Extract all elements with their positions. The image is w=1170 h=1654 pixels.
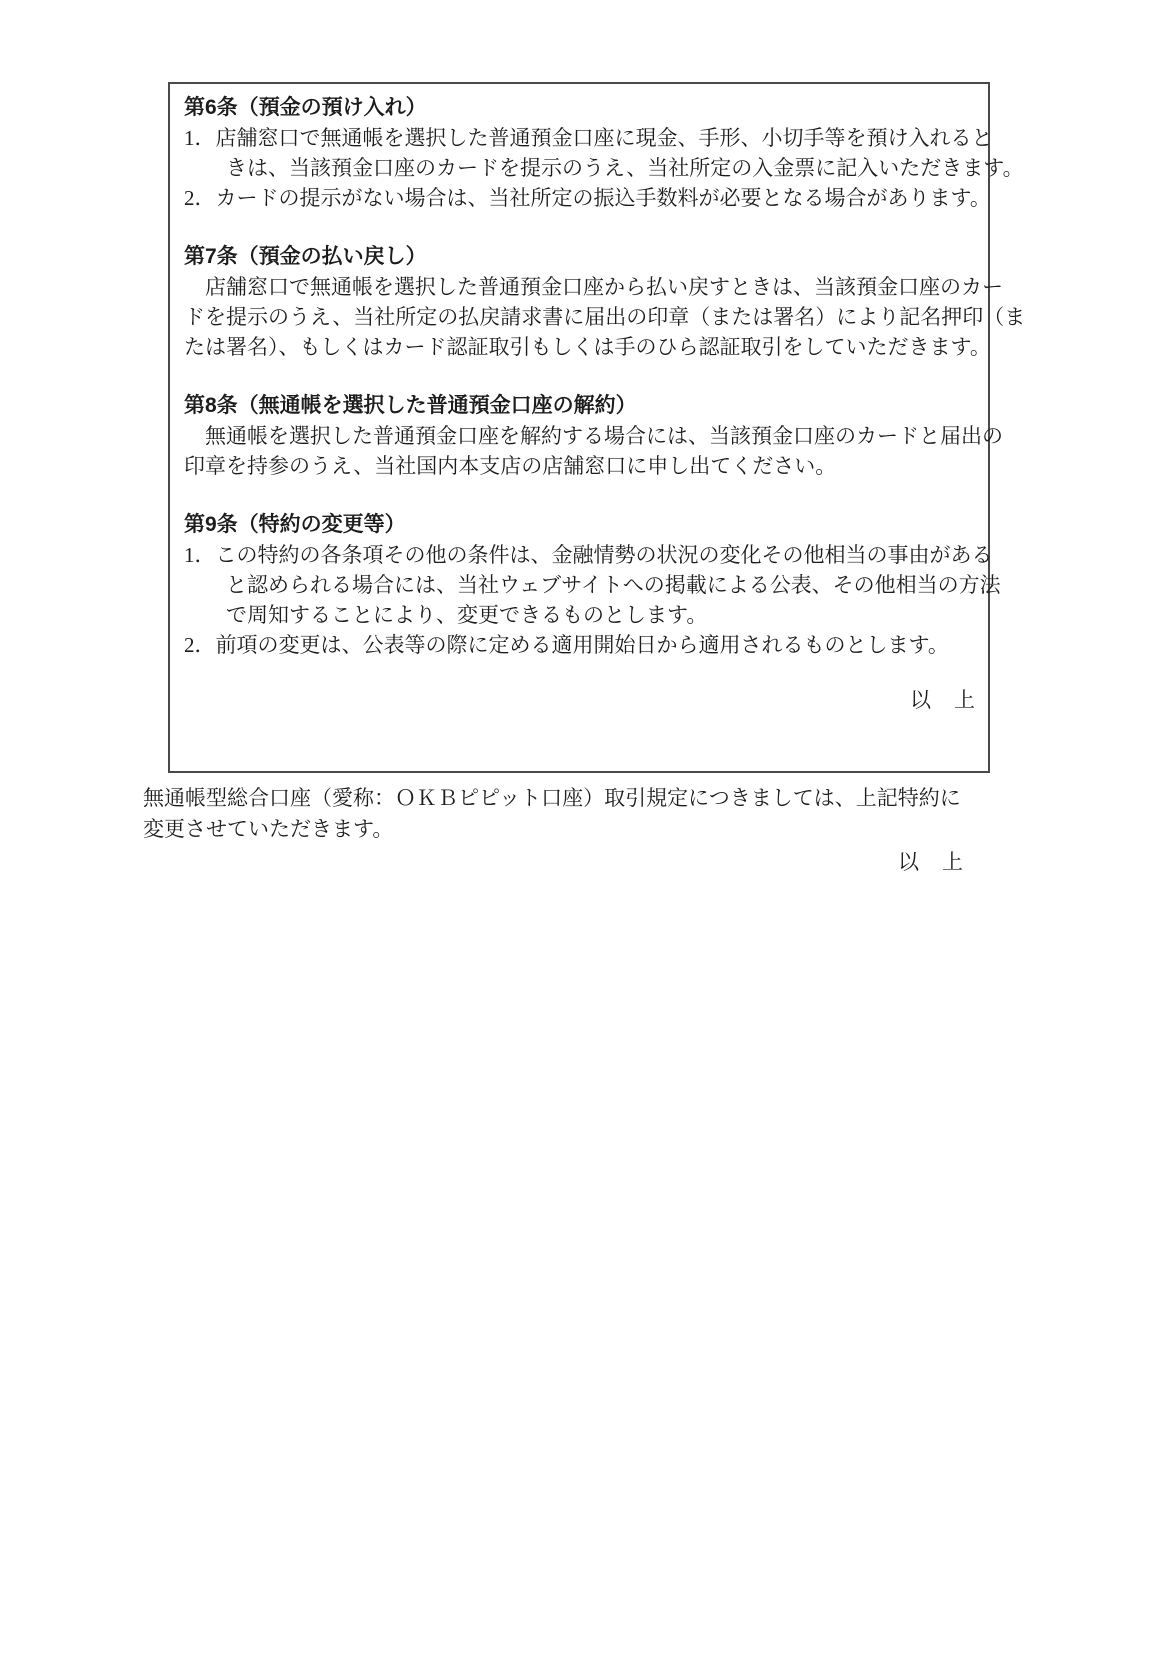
text-line: 店舗窓口で無通帳を選択した普通預金口座から払い戻すときは、当該預金口座のカー xyxy=(184,272,976,302)
text-line: 2．前項の変更は、公表等の際に定める適用開始日から適用されるものとします。 xyxy=(184,630,976,660)
text-line: 無通帳を選択した普通預金口座を解約する場合には、当該預金口座のカードと届出の xyxy=(184,421,976,451)
article-6-heading: 第6条（預金の預け入れ） xyxy=(184,93,976,123)
footer-note: 無通帳型総合口座（愛称：ＯＫＢピピット口座）取引規定につきましては、上記特約に … xyxy=(143,783,990,877)
terms-box: 第6条（預金の預け入れ） 1．店舗窓口で無通帳を選択した普通預金口座に現金、手形… xyxy=(168,82,990,773)
text-line: と認められる場合には、当社ウェブサイトへの掲載による公表、その他相当の方法 xyxy=(184,570,976,600)
text-line: 1．この特約の各条項その他の条件は、金融情勢の状況の変化その他相当の事由がある xyxy=(184,540,976,570)
text-line: で周知することにより、変更できるものとします。 xyxy=(184,600,976,630)
box-closing-ijou: 以 上 xyxy=(184,685,976,715)
text-line: 1．店舗窓口で無通帳を選択した普通預金口座に現金、手形、小切手等を預け入れると xyxy=(184,123,976,153)
text-line: 印章を持参のうえ、当社国内本支店の店舗窓口に申し出てください。 xyxy=(184,451,976,481)
text-line: 2．カードの提示がない場合は、当社所定の振込手数料が必要となる場合があります。 xyxy=(184,183,976,213)
text-line: 無通帳型総合口座（愛称：ＯＫＢピピット口座）取引規定につきましては、上記特約に xyxy=(143,783,990,814)
document-page: 第6条（預金の預け入れ） 1．店舗窓口で無通帳を選択した普通預金口座に現金、手形… xyxy=(0,0,1170,1654)
text-line: ドを提示のうえ、当社所定の払戻請求書に届出の印章（または署名）により記名押印（ま xyxy=(184,302,976,332)
article-7-heading: 第7条（預金の払い戻し） xyxy=(184,242,976,272)
text-line: きは、当該預金口座のカードを提示のうえ、当社所定の入金票に記入いただきます。 xyxy=(184,153,976,183)
footer-closing-ijou: 以 上 xyxy=(143,847,990,877)
article-9-heading: 第9条（特約の変更等） xyxy=(184,510,976,540)
text-line: たは署名）、もしくはカード認証取引もしくは手のひら認証取引をしていただきます。 xyxy=(184,332,976,362)
article-8-heading: 第8条（無通帳を選択した普通預金口座の解約） xyxy=(184,391,976,421)
text-line: 変更させていただきます。 xyxy=(143,814,990,845)
